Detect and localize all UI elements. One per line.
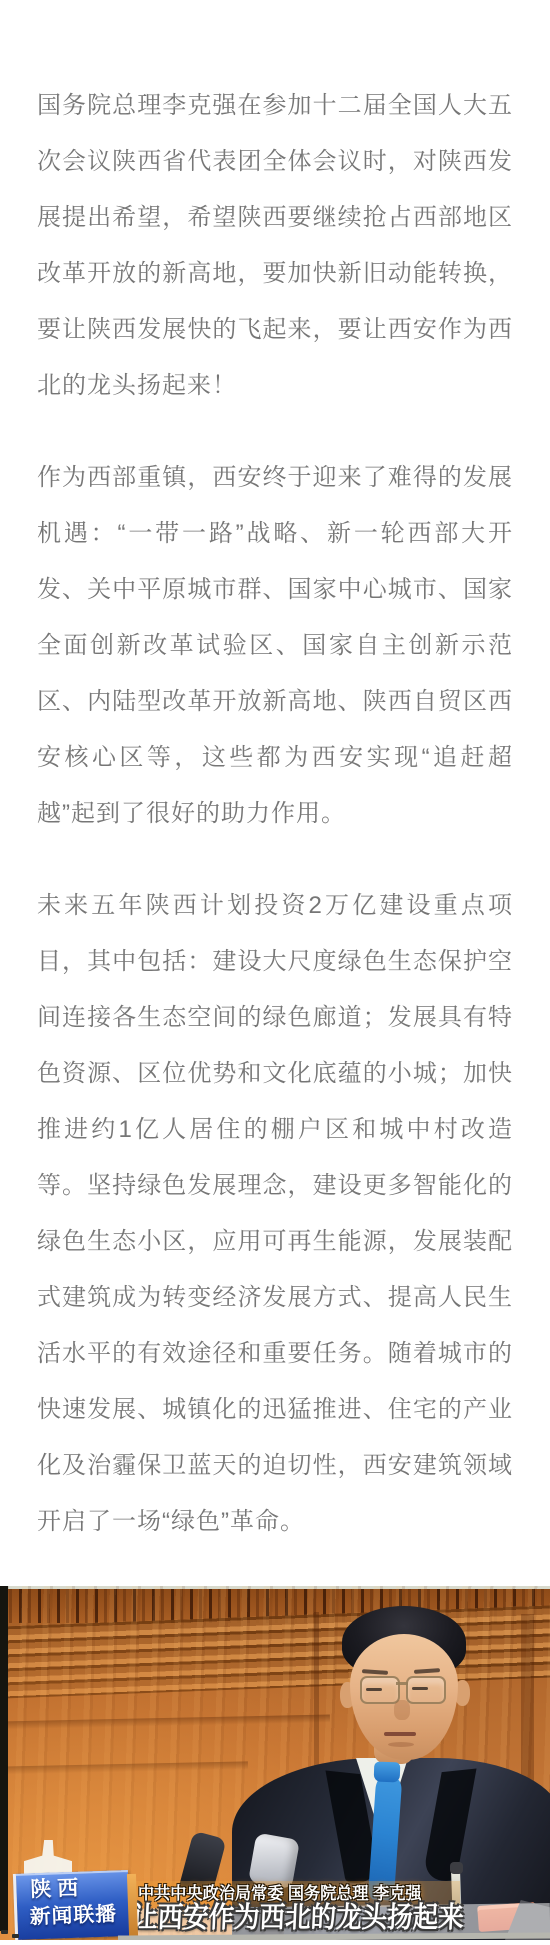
speaker-eye — [366, 1688, 382, 1691]
speaker-eye — [412, 1687, 428, 1690]
tv-frame-left-bar — [0, 1586, 8, 1931]
badge-program-label: 新闻联播 — [15, 1899, 132, 1933]
article-paragraph: 未来五年陕西计划投资2万亿建设重点项目，其中包括：建设大尺度绿色生态保护空间连接… — [37, 878, 513, 1550]
article-paragraph: 国务院总理李克强在参加十二届全国人大五次会议陕西省代表团全体会议时，对陕西发展提… — [37, 78, 513, 414]
speaker-tie-knot — [374, 1762, 401, 1783]
glasses-lens — [406, 1676, 446, 1704]
caption-headline: 让西安作为西北的龙头扬起来 — [131, 1900, 501, 1936]
speaker-mouth — [384, 1732, 416, 1736]
speaker-chin-shadow — [388, 1742, 414, 1747]
badge-shaanxi-news: 陕 西 新闻联播 — [13, 1870, 130, 1940]
speaker-nose-shadow — [394, 1700, 410, 1720]
news-video-still[interactable]: 中共中央政治局常委 国务院总理 李克强 让西安作为西北的龙头扬起来 陕 西 新闻… — [0, 1586, 550, 1940]
article-paragraph: 作为西部重镇，西安终于迎来了难得的发展机遇：“一带一路”战略、新一轮西部大开发、… — [37, 450, 513, 842]
glasses-bridge — [396, 1682, 408, 1685]
table-microphone-tip — [450, 1862, 463, 1874]
article-body: 国务院总理李克强在参加十二届全国人大五次会议陕西省代表团全体会议时，对陕西发展提… — [0, 0, 550, 1550]
photo-corner-mark — [1, 1930, 8, 1934]
badge-region-label: 陕 西 — [16, 1870, 129, 1903]
photo-corner-mark — [12, 1934, 19, 1938]
